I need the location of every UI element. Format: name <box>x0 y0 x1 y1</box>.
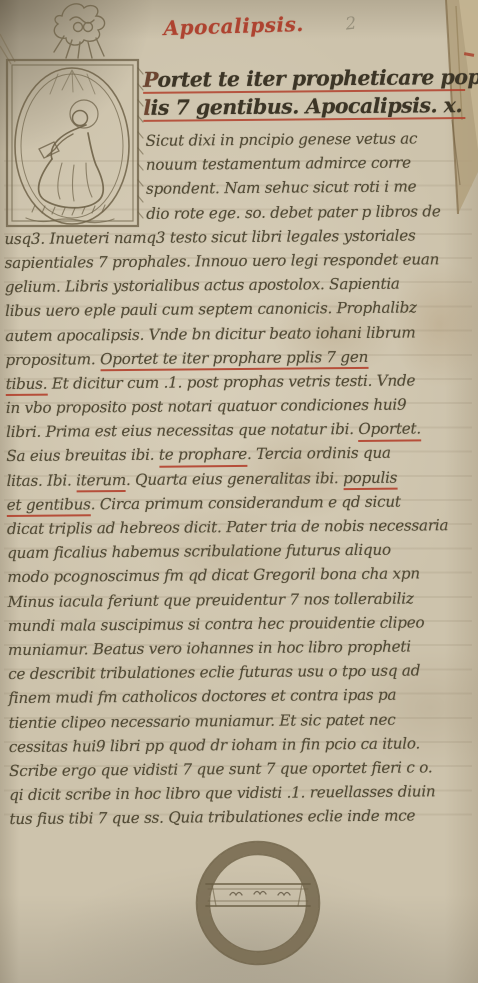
text-segment: modo pcognoscimus fm qd dicat Gregoril b… <box>7 565 420 587</box>
text-segment: in vbo proposito post notari quatuor con… <box>6 396 407 417</box>
red-underlined-text: te prophare <box>159 445 247 467</box>
text-segment: spondent. Nam sehuc sicut roti i me <box>146 178 416 198</box>
page-heading: Apocalipsis. <box>163 12 304 40</box>
text-segment: dicat triplis ad hebreos dicit. Pater tr… <box>7 516 448 538</box>
text-segment: Minus iacula feriunt que preuidentur 7 n… <box>7 589 413 611</box>
text-segment: . Tercia ordinis qua <box>247 444 391 463</box>
text-segment: qi dicit scribe in hoc libro que vidisti… <box>9 782 435 804</box>
text-segment: Et dicitur cum .1. post prophas vetris t… <box>47 371 415 392</box>
text-segment: Sa eius breuitas ibi. <box>6 446 159 465</box>
text-segment: quam ficalius habemus scribulatione futu… <box>7 541 391 562</box>
red-underlined-text: et gentibus <box>7 495 91 517</box>
folio-number: 2 <box>344 13 357 34</box>
text-segment: ce describit tribulationes eclie futuras… <box>8 662 420 684</box>
red-underlined-text: Oportet te iter prophare pplis 7 gen <box>100 348 368 372</box>
text-line: tus fius tibi 7 que ss. Quia tribulation… <box>9 806 475 834</box>
text-segment: mundi mala suscipimus si contra hec prou… <box>8 613 425 635</box>
text-segment: litas. Ibi. <box>6 471 76 490</box>
manuscript-page: { "page": { "title": "Apocalipsis.", "fo… <box>0 0 478 983</box>
text-segment: sapientiales 7 prophales. Innouo uero le… <box>5 250 440 272</box>
text-segment: libus uero eple pauli cum septem canonic… <box>5 299 417 321</box>
text-segment: tus fius tibi 7 que ss. Quia tribulation… <box>9 807 415 829</box>
text-segment: . Quarta eius generalitas ibi. <box>126 469 343 489</box>
text-segment: gelium. Libris ystorialibus actus aposto… <box>5 275 400 296</box>
red-underlined-text: populis <box>343 468 397 490</box>
text-segment: muniamur. Beatus vero iohannes in hoc li… <box>8 637 411 659</box>
manuscript-text: Sicut dixi in pncipio genese vetus acnou… <box>3 129 475 834</box>
incipit-line-2: lis 7 gentibus. Apocalipsis. x. <box>143 93 465 122</box>
text-segment: dio rote ege. so. debet pater p libros d… <box>146 202 440 223</box>
ring-ornament-drawing <box>186 832 330 980</box>
red-underlined-text: Oportet. <box>358 420 421 442</box>
text-segment: propositum. <box>5 350 100 369</box>
red-underlined-text: tibus. <box>6 375 48 397</box>
text-segment: usq3. Inueteri namq3 testo sicut libri l… <box>4 226 415 248</box>
text-segment: cessitas hui9 libri pp quod dr ioham in … <box>9 734 420 756</box>
text-segment: tientie clipeo necessario muniamur. Et s… <box>9 710 396 731</box>
text-segment: libri. Prima est eius necessitas que not… <box>6 420 358 441</box>
text-segment: finem mudi fm catholicos doctores et con… <box>8 686 396 707</box>
text-segment: Sicut dixi in pncipio genese vetus ac <box>145 129 417 149</box>
text-segment: nouum testamentum admirce corre <box>146 154 411 174</box>
incipit-line-1: Portet te iter propheticare popu <box>143 65 465 94</box>
incipit-block: Portet te iter propheticare popu lis 7 g… <box>143 65 465 124</box>
text-segment: . Circa primum considerandum e qd sicut <box>91 492 401 513</box>
text-segment: autem apocalipsis. Vnde bn dicitur beato… <box>5 323 415 345</box>
text-segment: Scribe ergo que vidisti 7 que sunt 7 que… <box>9 758 432 780</box>
red-underlined-text: iterum <box>76 471 126 493</box>
